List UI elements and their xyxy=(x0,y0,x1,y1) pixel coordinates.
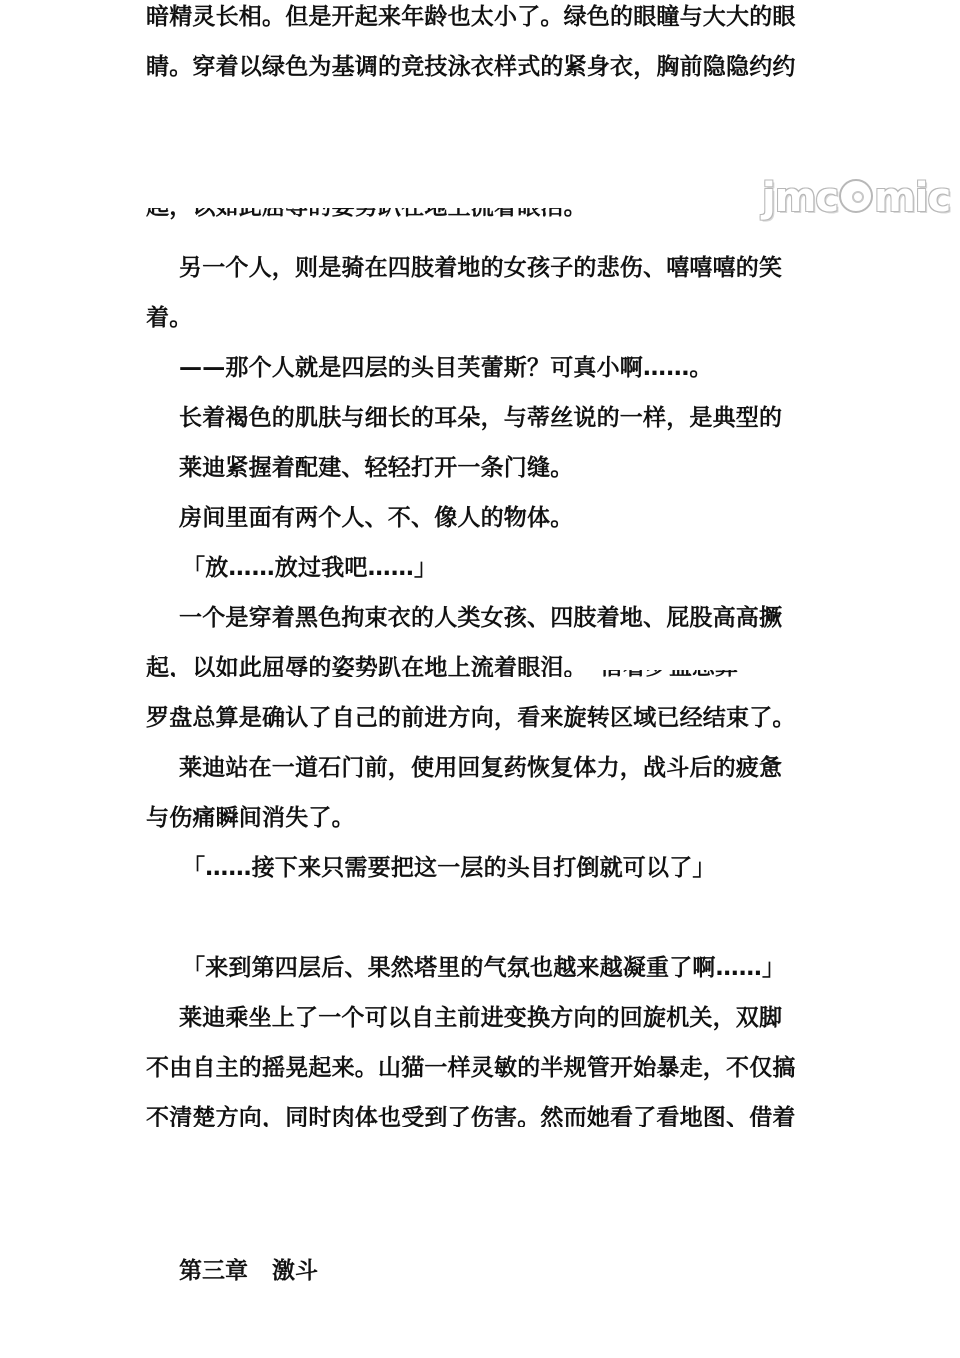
text-line: 着。 xyxy=(146,303,826,333)
sliced-fragment-text: 借着罗盘总算 xyxy=(600,670,738,680)
dialogue-line: 「放……放过我吧……」 xyxy=(182,553,862,583)
sliced-fragment: 借着罗盘总算 xyxy=(600,670,738,680)
text-line: ——那个人就是四层的头目芙蕾斯？可真小啊……。 xyxy=(179,353,859,383)
sliced-text: 起，以如此屈辱的姿势趴在地上流着眼泪。 xyxy=(146,208,826,222)
dialogue-line: 「……接下来只需要把这一层的头目打倒就可以了」 xyxy=(182,853,862,883)
text-line: 莱迪乘坐上了一个可以自主前进变换方向的回旋机关，双脚 xyxy=(179,1003,859,1033)
novel-page: 暗精灵长相。但是开起来年龄也太小了。绿色的眼瞳与大大的眼 睛。穿着以绿色为基调的… xyxy=(0,0,960,1358)
text-line: 房间里面有两个人、不、像人的物体。 xyxy=(179,503,859,533)
watermark-text-right: mic xyxy=(874,175,950,221)
text-line-sliced: 起，以如此屈辱的姿势趴在地上流着眼泪。 xyxy=(146,208,826,222)
mascot-face-icon xyxy=(839,179,873,213)
chapter-number: 第三章 xyxy=(179,1258,248,1284)
chapter-heading: 第三章激斗 xyxy=(179,1256,318,1286)
text-line: 罗盘总算是确认了自己的前进方向，看来旋转区域已经结束了。 xyxy=(146,703,826,733)
text-line-sliced: 不清楚方向，同时肉体也受到了伤害。然而她看了看地图、借着 xyxy=(146,1103,826,1127)
text-line: 一个是穿着黑色拘束衣的人类女孩、四肢着地、屁股高高撅 xyxy=(179,603,859,633)
text-line: 长着褐色的肌肤与细长的耳朵，与蒂丝说的一样，是典型的 xyxy=(179,403,859,433)
text-line: 莱迪紧握着配建、轻轻打开一条门缝。 xyxy=(179,453,859,483)
text-line: 另一个人，则是骑在四肢着地的女孩子的悲伤、嘻嘻嘻的笑 xyxy=(179,253,859,283)
text-line: 睛。穿着以绿色为基调的竞技泳衣样式的紧身衣，胸前隐隐约约 xyxy=(146,52,826,82)
chapter-title: 激斗 xyxy=(272,1258,318,1284)
text-line: 莱迪站在一道石门前，使用回复药恢复体力，战斗后的疲惫 xyxy=(179,753,859,783)
dialogue-line: 「来到第四层后、果然塔里的气氛也越来越凝重了啊……」 xyxy=(182,953,862,983)
text-line: 暗精灵长相。但是开起来年龄也太小了。绿色的眼瞳与大大的眼 xyxy=(146,2,826,32)
watermark-text-left: jmc xyxy=(762,175,838,221)
jmcomic-watermark: jmcmic xyxy=(762,176,950,220)
text-line: 与伤痛瞬间消失了。 xyxy=(146,803,826,833)
text-line: 不由自主的摇晃起来。山猫一样灵敏的半规管开始暴走，不仅搞 xyxy=(146,1053,826,1083)
